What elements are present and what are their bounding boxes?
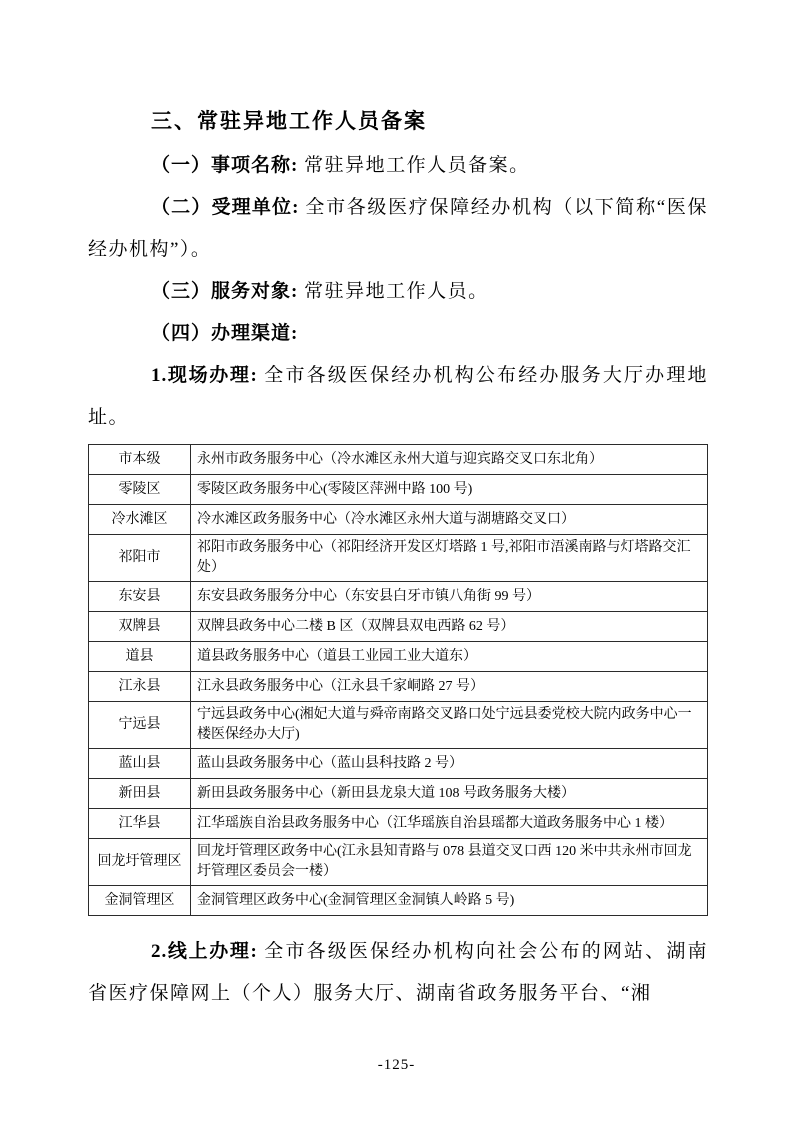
onsite-label: 1.现场办理: xyxy=(151,365,264,386)
region-cell: 零陵区 xyxy=(89,475,191,505)
region-cell: 新田县 xyxy=(89,779,191,809)
region-cell: 蓝山县 xyxy=(89,749,191,779)
address-cell: 宁远县政务中心(湘妃大道与舜帝南路交叉路口处宁远县委党校大院内政务中心一楼医保经… xyxy=(191,702,708,749)
table-row: 江华县江华瑶族自治县政务服务中心（江华瑶族自治县瑶都大道政务服务中心 1 楼） xyxy=(89,809,708,839)
table-row: 祁阳市祁阳市政务服务中心（祁阳经济开发区灯塔路 1 号,祁阳市浯溪南路与灯塔路交… xyxy=(89,535,708,582)
service-hall-table-body: 市本级永州市政务服务中心（冷水滩区永州大道与迎宾路交叉口东北角） 零陵区零陵区政… xyxy=(89,445,708,916)
table-row: 道县道县政务服务中心（道县工业园工业大道东） xyxy=(89,642,708,672)
channels-label: （四）办理渠道: xyxy=(151,323,298,344)
online-label: 2.线上办理: xyxy=(151,941,264,962)
region-cell: 双牌县 xyxy=(89,612,191,642)
address-cell: 零陵区政务服务中心(零陵区萍洲中路 100 号) xyxy=(191,475,708,505)
table-row: 蓝山县蓝山县政务服务中心（蓝山县科技路 2 号） xyxy=(89,749,708,779)
address-cell: 冷水滩区政务服务中心（冷水滩区永州大道与湖塘路交叉口） xyxy=(191,505,708,535)
region-cell: 宁远县 xyxy=(89,702,191,749)
address-cell: 蓝山县政务服务中心（蓝山县科技路 2 号） xyxy=(191,749,708,779)
region-cell: 市本级 xyxy=(89,445,191,475)
address-cell: 金洞管理区政务中心(金洞管理区金洞镇人岭路 5 号) xyxy=(191,886,708,916)
table-row: 江永县江永县政务服务中心（江永县千家峒路 27 号） xyxy=(89,672,708,702)
region-cell: 回龙圩管理区 xyxy=(89,839,191,886)
address-cell: 永州市政务服务中心（冷水滩区永州大道与迎宾路交叉口东北角） xyxy=(191,445,708,475)
address-cell: 双牌县政务中心二楼 B 区（双牌县双电西路 62 号） xyxy=(191,612,708,642)
section-heading: 三、常驻异地工作人员备案 xyxy=(88,106,708,136)
table-row: 东安县东安县政务服务分中心（东安县白牙市镇八角街 99 号） xyxy=(89,582,708,612)
region-cell: 祁阳市 xyxy=(89,535,191,582)
address-cell: 东安县政务服务分中心（东安县白牙市镇八角街 99 号） xyxy=(191,582,708,612)
region-cell: 冷水滩区 xyxy=(89,505,191,535)
page-number: -125- xyxy=(0,1057,793,1074)
service-target-paragraph: （三）服务对象: 常驻异地工作人员。 xyxy=(88,271,708,313)
accepting-unit-label: （二）受理单位: xyxy=(151,197,305,218)
table-row: 市本级永州市政务服务中心（冷水滩区永州大道与迎宾路交叉口东北角） xyxy=(89,445,708,475)
service-hall-table: 市本级永州市政务服务中心（冷水滩区永州大道与迎宾路交叉口东北角） 零陵区零陵区政… xyxy=(88,444,708,916)
accepting-unit-paragraph: （二）受理单位: 全市各级医疗保障经办机构（以下简称“医保经办机构”）。 xyxy=(88,187,708,271)
onsite-paragraph: 1.现场办理: 全市各级医保经办机构公布经办服务大厅办理地址。 xyxy=(88,355,708,439)
table-row: 冷水滩区冷水滩区政务服务中心（冷水滩区永州大道与湖塘路交叉口） xyxy=(89,505,708,535)
address-cell: 新田县政务服务中心（新田县龙泉大道 108 号政务服务大楼） xyxy=(191,779,708,809)
service-target-label: （三）服务对象: xyxy=(151,281,304,302)
table-row: 金洞管理区金洞管理区政务中心(金洞管理区金洞镇人岭路 5 号) xyxy=(89,886,708,916)
address-cell: 回龙圩管理区政务中心(江永县知青路与 078 县道交叉口西 120 米中共永州市… xyxy=(191,839,708,886)
item-name-label: （一）事项名称: xyxy=(151,155,304,176)
address-cell: 道县政务服务中心（道县工业园工业大道东） xyxy=(191,642,708,672)
address-cell: 江华瑶族自治县政务服务中心（江华瑶族自治县瑶都大道政务服务中心 1 楼） xyxy=(191,809,708,839)
table-row: 零陵区零陵区政务服务中心(零陵区萍洲中路 100 号) xyxy=(89,475,708,505)
address-cell: 江永县政务服务中心（江永县千家峒路 27 号） xyxy=(191,672,708,702)
region-cell: 金洞管理区 xyxy=(89,886,191,916)
item-name-paragraph: （一）事项名称: 常驻异地工作人员备案。 xyxy=(88,145,708,187)
item-name-text: 常驻异地工作人员备案。 xyxy=(304,155,530,176)
table-row: 新田县新田县政务服务中心（新田县龙泉大道 108 号政务服务大楼） xyxy=(89,779,708,809)
online-paragraph: 2.线上办理: 全市各级医保经办机构向社会公布的网站、湖南省医疗保障网上（个人）… xyxy=(88,931,708,1015)
region-cell: 东安县 xyxy=(89,582,191,612)
channels-paragraph: （四）办理渠道: xyxy=(88,313,708,355)
region-cell: 道县 xyxy=(89,642,191,672)
document-page: 三、常驻异地工作人员备案 （一）事项名称: 常驻异地工作人员备案。 （二）受理单… xyxy=(0,0,793,1122)
table-row: 宁远县宁远县政务中心(湘妃大道与舜帝南路交叉路口处宁远县委党校大院内政务中心一楼… xyxy=(89,702,708,749)
region-cell: 江永县 xyxy=(89,672,191,702)
table-row: 双牌县双牌县政务中心二楼 B 区（双牌县双电西路 62 号） xyxy=(89,612,708,642)
table-row: 回龙圩管理区回龙圩管理区政务中心(江永县知青路与 078 县道交叉口西 120 … xyxy=(89,839,708,886)
service-target-text: 常驻异地工作人员。 xyxy=(304,281,489,302)
address-cell: 祁阳市政务服务中心（祁阳经济开发区灯塔路 1 号,祁阳市浯溪南路与灯塔路交汇处） xyxy=(191,535,708,582)
region-cell: 江华县 xyxy=(89,809,191,839)
